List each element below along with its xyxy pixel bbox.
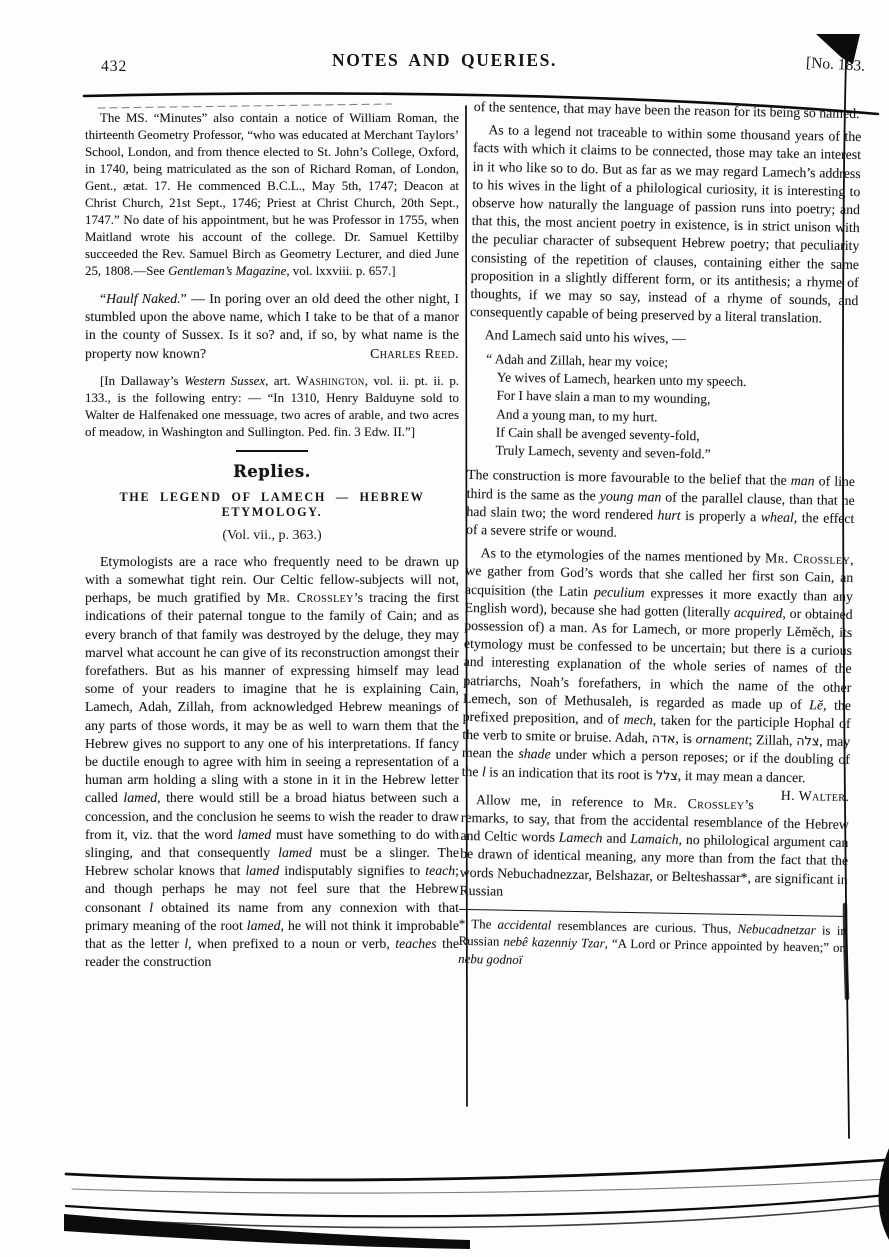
lamech-poem: “ Adah and Zillah, hear my voice; Ye wiv… — [495, 350, 857, 466]
scanned-page: 432 NOTES AND QUERIES. [No. 183. The MS.… — [0, 0, 889, 1257]
ms-minutes-note: The MS. “Minutes” also contain a notice … — [85, 110, 459, 280]
page-curl-line-1 — [66, 1160, 886, 1180]
header-rule-dashes — [98, 104, 392, 108]
page-curl-line-4 — [66, 1205, 887, 1227]
construction-paragraph: The construction is more favourable to t… — [466, 466, 855, 546]
article-reference: (Vol. vii., p. 363.) — [85, 528, 459, 544]
page-curl-line-2 — [72, 1179, 886, 1193]
replies-section-heading: Replies. — [85, 462, 459, 481]
etymologies-paragraph: As to the etymologies of the names menti… — [461, 544, 853, 788]
left-column: The MS. “Minutes” also contain a notice … — [85, 110, 459, 976]
right-column-content: of the sentence, that may have been the … — [458, 98, 862, 975]
lamech-said-line: And Lamech said unto his wives, — — [469, 326, 857, 351]
issue-number: [No. 183. — [806, 54, 866, 76]
footnote-rule — [459, 909, 847, 917]
page-curl-line-3 — [66, 1195, 887, 1216]
page-curl-blob-right — [878, 1148, 889, 1240]
allow-me-paragraph: Allow me, in reference to Mr. Crossley’s… — [459, 791, 849, 907]
journal-title: NOTES AND QUERIES. — [0, 50, 889, 71]
footnote: * The accidental resemblances are curiou… — [458, 916, 847, 975]
continuation-paragraph: of the sentence, that may have been the … — [474, 98, 862, 123]
page-header: 432 NOTES AND QUERIES. [No. 183. — [0, 48, 889, 94]
reply-paragraph-etymologists: Etymologists are a race who frequently n… — [85, 553, 459, 972]
article-title: THE LEGEND OF LAMECH — HEBREW ETYMOLOGY. — [85, 490, 459, 520]
right-column: of the sentence, that may have been the … — [474, 98, 862, 973]
page-curl-blob-left — [64, 1214, 470, 1249]
editorial-note: [In Dallaway’s Western Sussex, art. Wash… — [85, 373, 459, 441]
section-divider-rule — [236, 450, 308, 452]
haulf-naked-query: “Haulf Naked.” — In poring over an old d… — [85, 290, 459, 363]
legend-paragraph: As to a legend not traceable to within s… — [470, 121, 862, 328]
